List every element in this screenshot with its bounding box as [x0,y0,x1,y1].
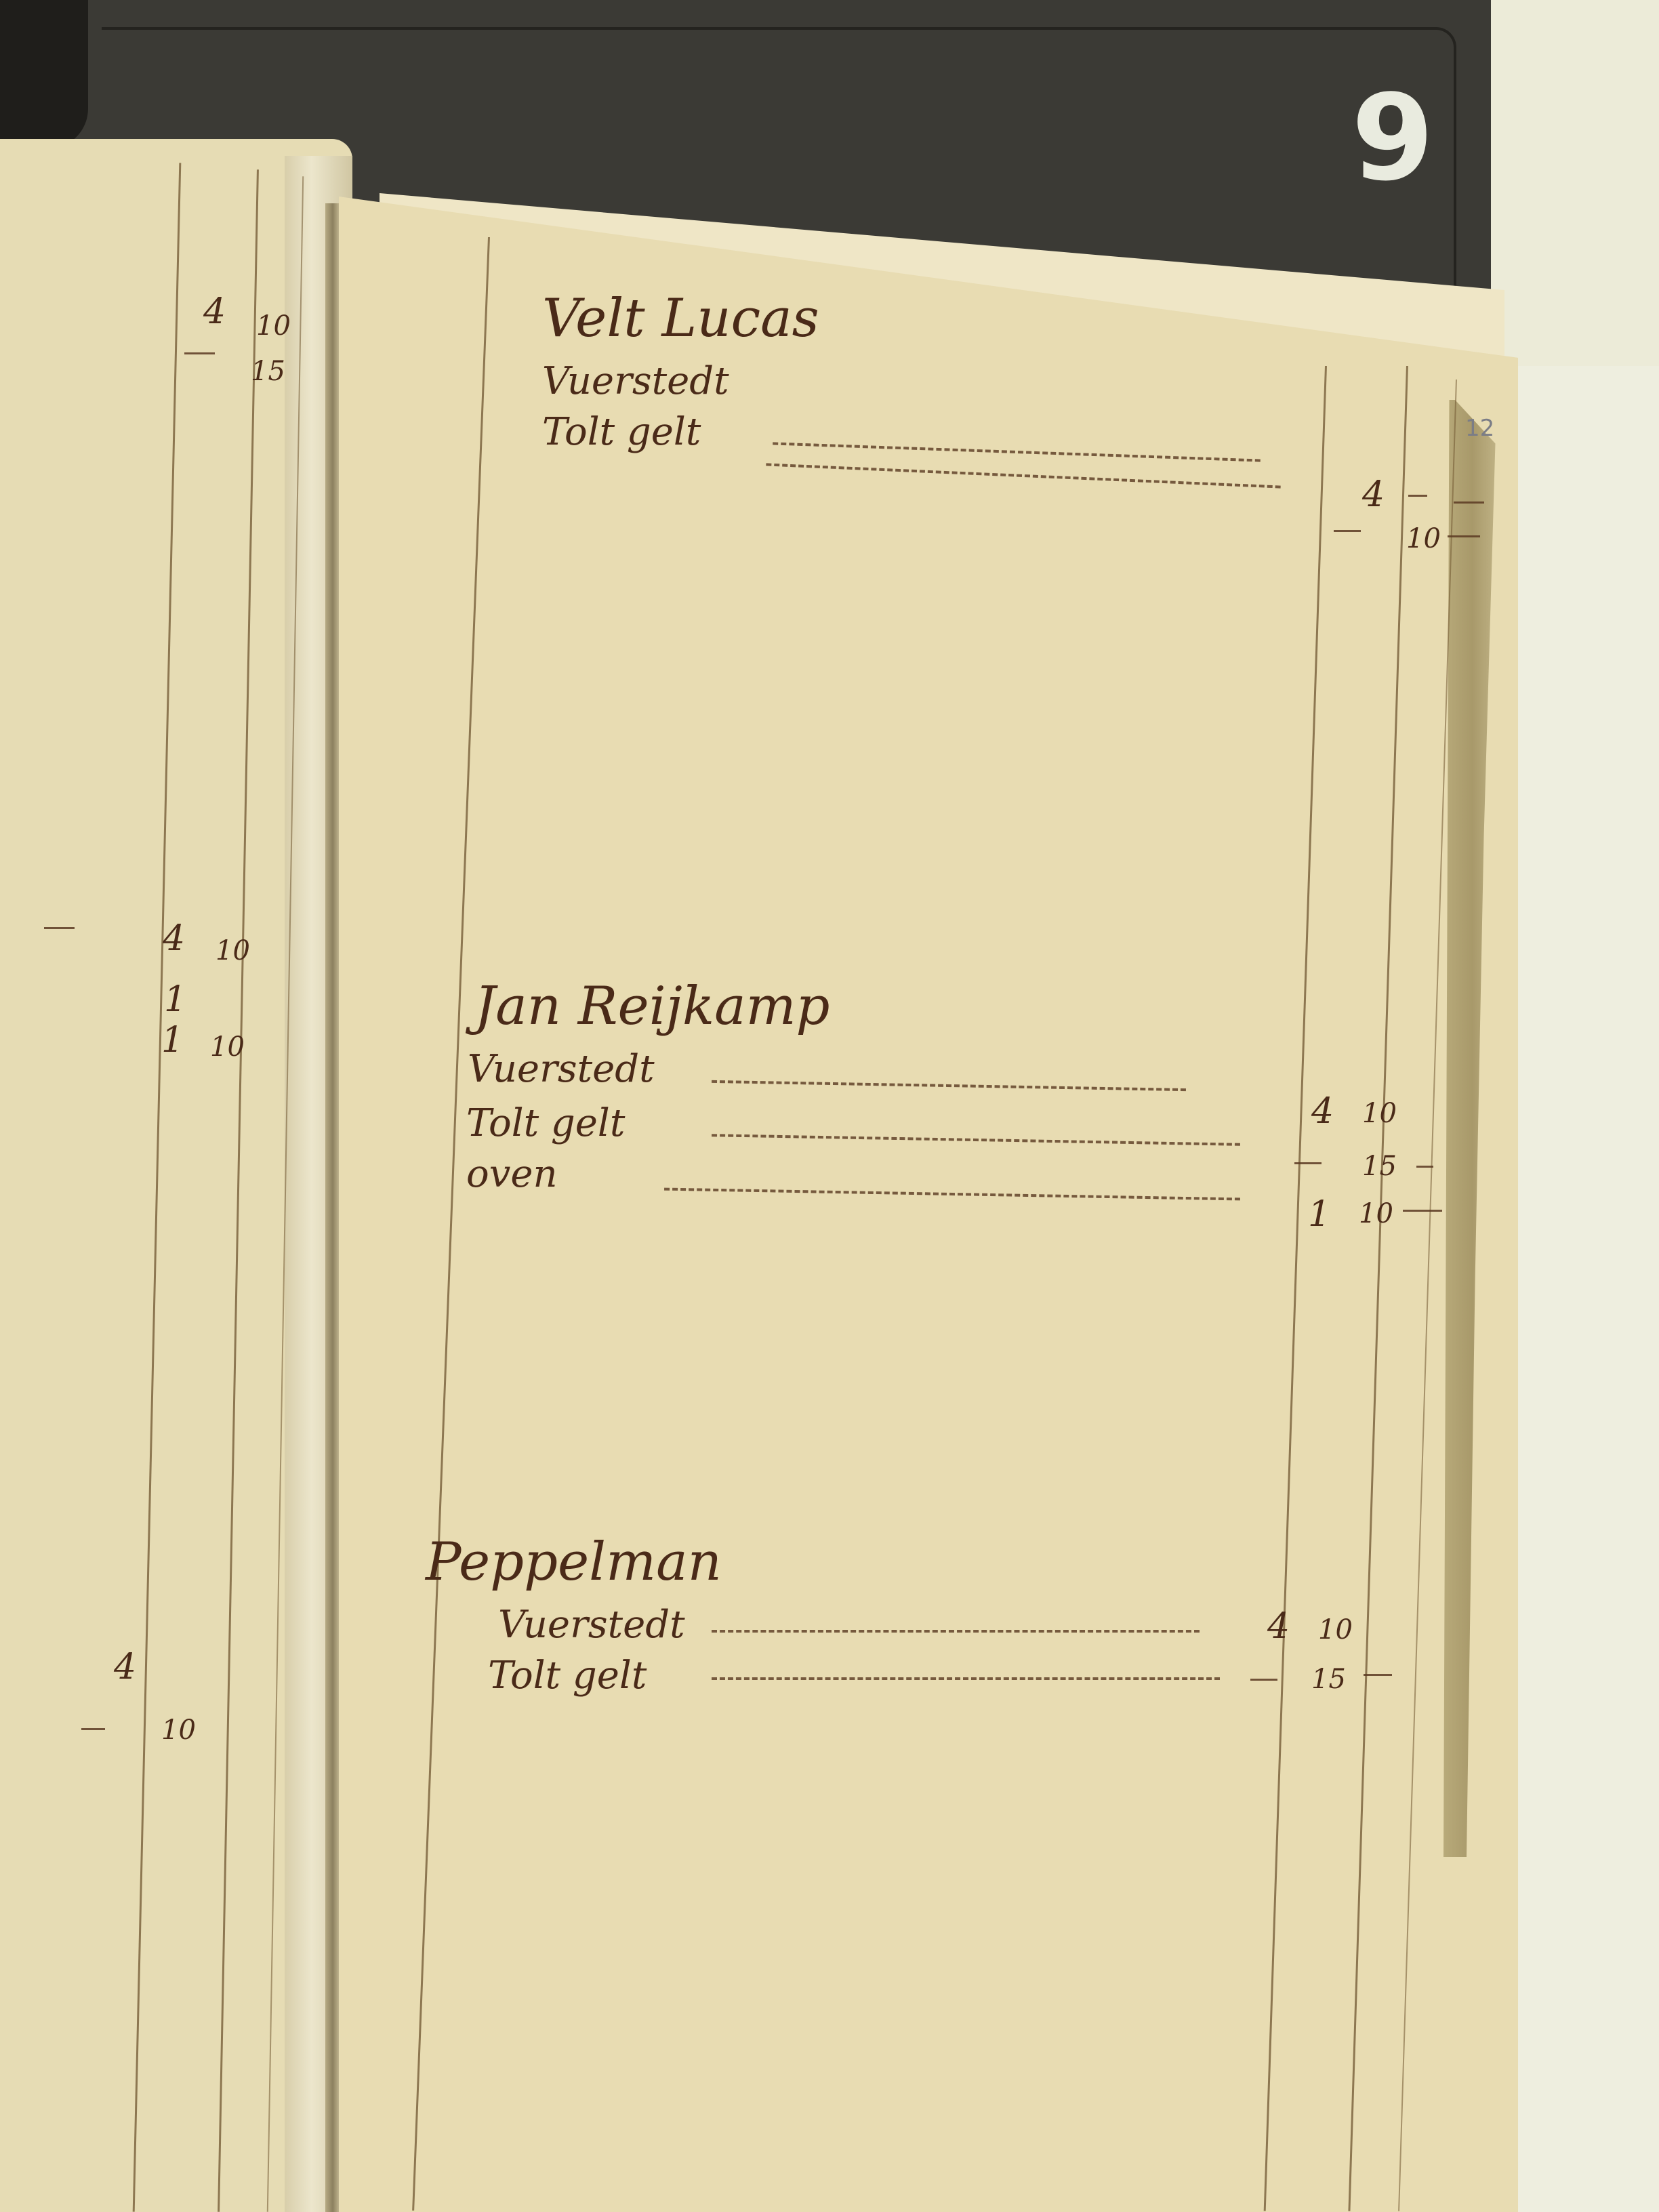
left-amount-guilders: 4 [203,291,226,332]
amount-guilders-dash [1250,1679,1277,1681]
left-dots [44,927,75,929]
amount-guilders-dash [1334,530,1361,532]
right-page [339,197,1518,2212]
board-shadow [0,0,88,149]
entry-line-label: Vuerstedt [542,359,729,403]
leader-dots [712,1630,1200,1633]
amount-stuivers-dash [1408,495,1427,497]
amount-extra-dash [1448,535,1480,537]
entry-name: Peppelman [426,1532,722,1593]
entry-line-label: Tolt gelt [466,1101,625,1145]
amount-stuivers: 10 [1362,1098,1397,1129]
amount-guilders: 4 [1267,1606,1290,1647]
entry-line-label: Vuerstedt [498,1603,685,1647]
left-amount-guilders: 1 [161,1020,184,1061]
amount-guilders: 1 [1308,1194,1330,1235]
left-amount-stuivers: 15 [251,356,285,387]
left-amount-stuivers: 10 [216,935,250,966]
entry-line-label: Vuerstedt [468,1047,655,1091]
amount-extra-dash [1454,501,1484,504]
left-amount-guilders: 1 [164,979,186,1020]
amount-stuivers: 15 [1311,1664,1346,1695]
entry-line-label: oven [466,1152,558,1196]
amount-stuivers: 10 [1359,1198,1393,1229]
left-amount-stuivers: 10 [161,1715,196,1746]
book-spine [325,203,340,2212]
left-amount-dash [81,1728,105,1730]
amount-extra-dash [1364,1674,1392,1676]
left-amount-dash [184,352,215,354]
amount-guilders-dash [1294,1162,1322,1164]
left-amount-guilders: 4 [163,918,185,959]
amount-stuivers: 15 [1362,1151,1397,1182]
amount-stuivers: 10 [1318,1614,1353,1645]
entry-line-label: Tolt gelt [488,1654,647,1698]
amount-extra-dash [1416,1166,1433,1168]
tab-number-marker: 9 [1345,81,1440,197]
amount-guilders: 4 [1311,1091,1334,1132]
left-amount-stuivers: 10 [256,310,291,342]
entry-line-label: Tolt gelt [542,410,701,454]
amount-stuivers: 10 [1406,523,1441,554]
entry-name: Velt Lucas [542,288,819,349]
folio-number: 12 [1465,415,1494,442]
amount-guilders: 4 [1362,474,1385,515]
left-amount-stuivers: 10 [210,1031,245,1063]
leader-dots [712,1677,1220,1680]
table-surface [1498,366,1659,2212]
amount-extra-dash [1403,1210,1442,1212]
left-amount-guilders: 4 [114,1647,136,1687]
entry-name: Jan Reijkamp [474,976,829,1037]
